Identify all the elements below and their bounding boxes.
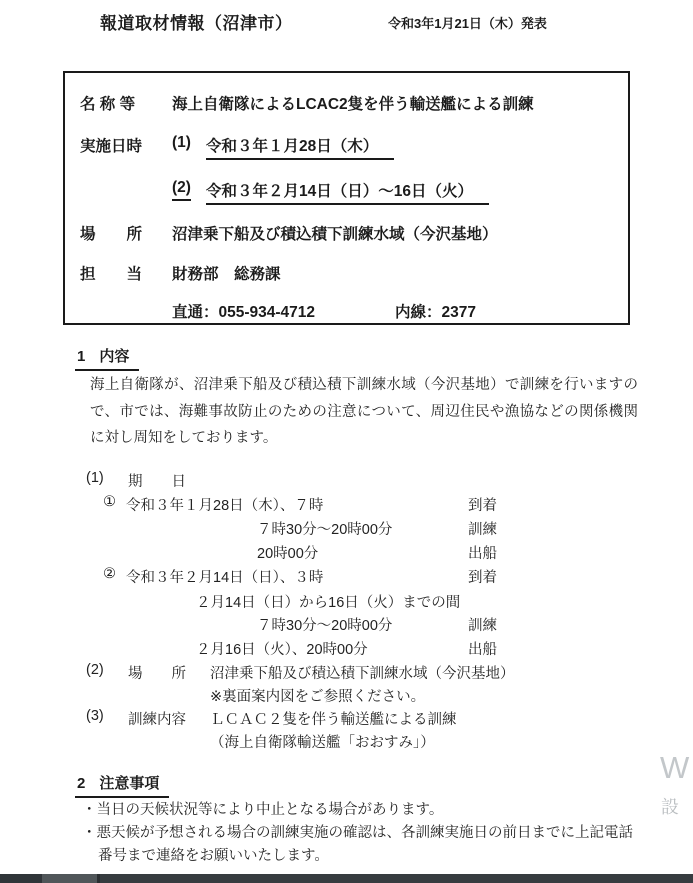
schedule-row-6: ７時30分～20時00分 訓練 <box>0 614 693 638</box>
name-value: 海上自衛隊によるLCAC2隻を伴う輸送艦による訓練 <box>172 92 534 114</box>
section2-number: 2 <box>77 775 85 792</box>
staff-row: 担 当 財務部 総務課 <box>65 262 628 284</box>
item2-note-row: ※裏面案内図をご参照ください。 <box>0 685 693 709</box>
item1-label: 期 日 <box>128 470 186 491</box>
item3-note-row: （海上自衛隊輸送艦「おおすみ」） <box>0 731 693 755</box>
name-label: 名 称 等 <box>80 92 135 114</box>
schedule-text: 令和３年２月14日（日）、３時 <box>126 566 323 587</box>
release-date: 令和3年1月21日（木）発表 <box>388 13 547 32</box>
document-page: 報道取材情報（沼津市） 令和3年1月21日（木）発表 名 称 等 海上自衛隊によ… <box>0 0 693 883</box>
horizontal-scrollbar[interactable] <box>0 874 693 883</box>
item2-row: (2) 場 所 沼津乗下船及び積込積下訓練水域（今沢基地） <box>0 662 693 686</box>
schedule-row-5: ２月14日（日）から16日（火）までの間 <box>0 591 693 615</box>
notice-bullet-1: ・当日の天候状況等により中止となる場合があります。 <box>82 798 682 819</box>
schedule-marker: ② <box>103 566 116 582</box>
datetime-1-value: 令和３年１月28日（木） <box>206 134 394 160</box>
datetime-2-value: 令和３年２月14日（日）～16日（火） <box>206 179 489 205</box>
schedule-status: 到着 <box>468 566 497 587</box>
schedule-status: 到着 <box>468 494 497 515</box>
item3-note: （海上自衛隊輸送艦「おおすみ」） <box>210 731 435 752</box>
section1-number: 1 <box>77 348 85 365</box>
document-title: 報道取材情報（沼津市） <box>100 9 293 34</box>
schedule-row-7: ２月16日（火）、20時00分 出船 <box>0 638 693 662</box>
datetime-row-2: (2) 令和３年２月14日（日）～16日（火） <box>65 179 628 201</box>
item2-value: 沼津乗下船及び積込積下訓練水域（今沢基地） <box>210 662 515 683</box>
item1-row: (1) 期 日 <box>0 470 693 494</box>
datetime-2-number: (2) <box>172 179 191 201</box>
scrollbar-thumb[interactable] <box>42 874 97 883</box>
schedule-row-2: ７時30分～20時00分 訓練 <box>0 518 693 542</box>
schedule-text: 20時00分 <box>257 542 318 563</box>
section1-heading: 1内容 <box>75 345 139 371</box>
notice-bullet-2-continuation: 番号まで連絡をお願いいたします。 <box>98 844 693 865</box>
section1-title: 内容 <box>99 348 129 365</box>
schedule-status: 出船 <box>468 638 497 659</box>
schedule-text: ２月16日（火）、20時00分 <box>196 638 368 659</box>
item1-number: (1) <box>86 470 104 486</box>
schedule-status: 訓練 <box>468 518 497 539</box>
scrollbar-separator <box>97 874 100 883</box>
summary-box: 名 称 等 海上自衛隊によるLCAC2隻を伴う輸送艦による訓練 実施日時 (1)… <box>63 71 630 325</box>
schedule-row-1: ① 令和３年１月28日（木）、７時 到着 <box>0 494 693 518</box>
place-label: 場 所 <box>80 222 142 244</box>
extension-number: 内線：2377 <box>395 300 476 322</box>
item3-value: ＬＣＡＣ２隻を伴う輸送艦による訓練 <box>210 708 457 729</box>
schedule-marker: ① <box>103 494 116 510</box>
place-value: 沼津乗下船及び積込積下訓練水域（今沢基地） <box>172 222 498 244</box>
staff-value: 財務部 総務課 <box>172 262 281 284</box>
staff-label: 担 当 <box>80 262 142 284</box>
section2-heading: 2注意事項 <box>75 772 169 798</box>
schedule-text: ７時30分～20時00分 <box>257 518 392 539</box>
schedule-status: 訓練 <box>468 614 497 635</box>
item3-label: 訓練内容 <box>128 708 186 729</box>
phone-row: 直通：055-934-4712 内線：2377 <box>65 300 628 322</box>
edge-watermark-large: W <box>660 750 689 786</box>
item3-number: (3) <box>86 708 104 724</box>
item2-note: ※裏面案内図をご参照ください。 <box>210 685 425 706</box>
datetime-1-number: (1) <box>172 134 191 152</box>
schedule-text: 令和３年１月28日（木）、７時 <box>126 494 323 515</box>
direct-phone: 直通：055-934-4712 <box>172 300 315 322</box>
schedule-text: ７時30分～20時00分 <box>257 614 392 635</box>
schedule-text: ２月14日（日）から16日（火）までの間 <box>196 591 460 612</box>
schedule-status: 出船 <box>468 542 497 563</box>
edge-watermark-small: 設 <box>661 793 679 819</box>
section1-paragraph: 海上自衛隊が、沼津乗下船及び積込積下訓練水域（今沢基地）で訓練を行いますので、市… <box>90 372 638 452</box>
item2-label: 場 所 <box>128 662 186 683</box>
schedule-row-4: ② 令和３年２月14日（日）、３時 到着 <box>0 566 693 590</box>
schedule-row-3: 20時00分 出船 <box>0 542 693 566</box>
section2-title: 注意事項 <box>99 775 159 792</box>
item3-row: (3) 訓練内容 ＬＣＡＣ２隻を伴う輸送艦による訓練 <box>0 708 693 732</box>
datetime-label: 実施日時 <box>80 134 142 156</box>
place-row: 場 所 沼津乗下船及び積込積下訓練水域（今沢基地） <box>65 222 628 244</box>
notice-bullet-2: ・悪天候が予想される場合の訓練実施の確認は、各訓練実施日の前日までに上記電話 <box>82 821 682 842</box>
scrollbar-track-left <box>0 874 42 883</box>
datetime-row-1: 実施日時 (1) 令和３年１月28日（木） <box>65 134 628 156</box>
item2-number: (2) <box>86 662 104 678</box>
name-row: 名 称 等 海上自衛隊によるLCAC2隻を伴う輸送艦による訓練 <box>65 92 628 114</box>
